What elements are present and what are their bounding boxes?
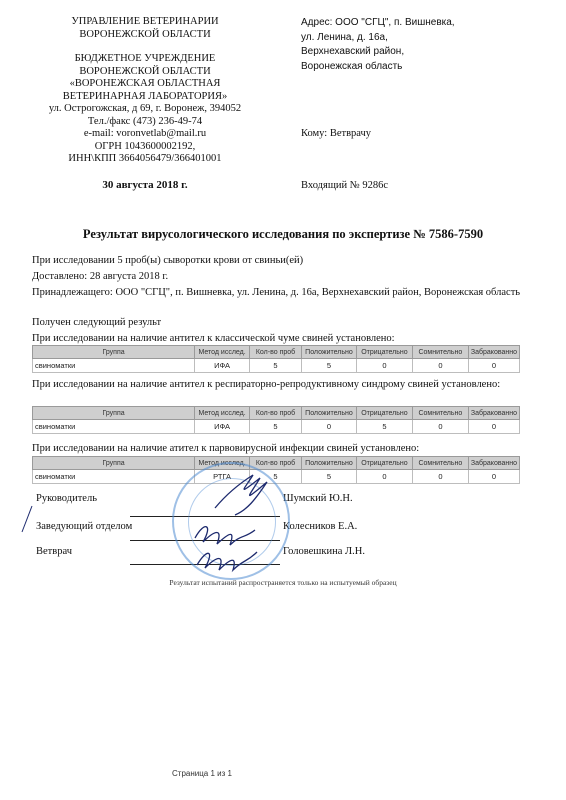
intro-samples: При исследовании 5 проб(ы) сыворотки кро…: [32, 255, 532, 268]
table-header-row: Группа Метод исслед. Кол-во проб Положит…: [33, 346, 520, 359]
issuer-address: ул. Острогожская, д 69, г. Воронеж, 3940…: [20, 103, 270, 116]
issuer-inn: ИНН\КПП 3664056479/366401001: [20, 153, 270, 166]
issuer-email: e-mail: voronvetlab@mail.ru: [20, 128, 270, 141]
cell-negative: 5: [356, 420, 412, 434]
intro-delivered: Доставлено: 28 августа 2018 г.: [32, 271, 532, 284]
results-table-csf: Группа Метод исслед. Кол-во проб Положит…: [32, 345, 520, 373]
signature-role-vet: Ветврач: [36, 546, 72, 557]
cell-positive: 0: [301, 420, 356, 434]
document-title: Результат вирусологического исследования…: [0, 227, 566, 242]
cell-group: свиноматки: [33, 359, 195, 373]
cell-positive: 5: [301, 470, 356, 484]
col-doubtful: Сомнительно: [412, 457, 468, 470]
col-group: Группа: [33, 346, 195, 359]
address-line: Воронежская область: [301, 60, 551, 75]
cell-doubtful: 0: [412, 470, 468, 484]
issuer-block: УПРАВЛЕНИЕ ВЕТЕРИНАРИИ ВОРОНЕЖСКОЙ ОБЛАС…: [20, 16, 270, 191]
col-rejected: Забракованно: [468, 457, 519, 470]
section-heading-prrs: При исследовании на наличие антител к ре…: [32, 379, 532, 392]
issuer-line: ВОРОНЕЖСКОЙ ОБЛАСТИ: [20, 66, 270, 79]
page-number: Страница 1 из 1: [172, 769, 232, 778]
disclaimer-note: Результат испытаний распространяется тол…: [0, 578, 566, 587]
col-method: Метод исслед.: [195, 346, 250, 359]
issuer-line: УПРАВЛЕНИЕ ВЕТЕРИНАРИИ: [20, 16, 270, 29]
col-method: Метод исслед.: [195, 407, 250, 420]
signature-role-head: Руководитель: [36, 493, 97, 504]
cell-doubtful: 0: [412, 359, 468, 373]
issuer-line: ВОРОНЕЖСКОЙ ОБЛАСТИ: [20, 29, 270, 42]
cell-negative: 0: [356, 470, 412, 484]
col-rejected: Забракованно: [468, 407, 519, 420]
table-header-row: Группа Метод исслед. Кол-во проб Положит…: [33, 407, 520, 420]
check-mark-icon: [20, 504, 34, 534]
address-line: Адрес: ООО "СГЦ", п. Вишневка,: [301, 16, 551, 31]
col-count: Кол-во проб: [250, 346, 302, 359]
address-line: Верхнехавский район,: [301, 45, 551, 60]
cell-group: свиноматки: [33, 420, 195, 434]
signature-role-dept: Заведующий отделом: [36, 521, 132, 532]
table-row: свиноматки ИФА 5 5 0 0 0: [33, 359, 520, 373]
col-group: Группа: [33, 407, 195, 420]
cell-method: ИФА: [195, 359, 250, 373]
col-positive: Положительно: [301, 457, 356, 470]
cell-count: 5: [250, 359, 302, 373]
col-count: Кол-во проб: [250, 407, 302, 420]
address-line: ул. Ленина, д. 16а,: [301, 31, 551, 46]
col-doubtful: Сомнительно: [412, 407, 468, 420]
issuer-phone: Тел./факс (473) 236-49-74: [20, 116, 270, 129]
cell-positive: 5: [301, 359, 356, 373]
recipient-address: Адрес: ООО "СГЦ", п. Вишневка, ул. Ленин…: [301, 16, 551, 74]
cell-count: 5: [250, 420, 302, 434]
cell-group: свиноматки: [33, 470, 195, 484]
col-rejected: Забракованно: [468, 346, 519, 359]
section-heading-parvo: При исследовании на наличие атител к пар…: [32, 443, 532, 456]
results-table-prrs: Группа Метод исслед. Кол-во проб Положит…: [32, 406, 520, 434]
handwritten-signature-icon: [175, 470, 305, 580]
intro-received: Получен следующий результ: [32, 317, 532, 330]
cell-negative: 0: [356, 359, 412, 373]
intro-owner: Принадлежащего: ООО "СГЦ", п. Вишневка, …: [32, 287, 532, 300]
col-group: Группа: [33, 457, 195, 470]
cell-method: ИФА: [195, 420, 250, 434]
cell-doubtful: 0: [412, 420, 468, 434]
document-date: 30 августа 2018 г.: [20, 179, 270, 192]
col-positive: Положительно: [301, 346, 356, 359]
col-doubtful: Сомнительно: [412, 346, 468, 359]
recipient-to: Кому: Ветврачу: [301, 128, 371, 139]
col-negative: Отрицательно: [356, 407, 412, 420]
issuer-ogrn: ОГРН 1043600002192,: [20, 141, 270, 154]
cell-rejected: 0: [468, 359, 519, 373]
section-heading-csf: При исследовании на наличие антител к кл…: [32, 333, 532, 346]
issuer-line: ВЕТЕРИНАРНАЯ ЛАБОРАТОРИЯ»: [20, 91, 270, 104]
col-negative: Отрицательно: [356, 457, 412, 470]
cell-rejected: 0: [468, 470, 519, 484]
col-positive: Положительно: [301, 407, 356, 420]
cell-rejected: 0: [468, 420, 519, 434]
table-row: свиноматки ИФА 5 0 5 0 0: [33, 420, 520, 434]
col-negative: Отрицательно: [356, 346, 412, 359]
issuer-line: БЮДЖЕТНОЕ УЧРЕЖДЕНИЕ: [20, 53, 270, 66]
table-header-row: Группа Метод исслед. Кол-во проб Положит…: [33, 457, 520, 470]
incoming-number: Входящий № 9286с: [301, 180, 388, 191]
issuer-line: «ВОРОНЕЖСКАЯ ОБЛАСТНАЯ: [20, 78, 270, 91]
